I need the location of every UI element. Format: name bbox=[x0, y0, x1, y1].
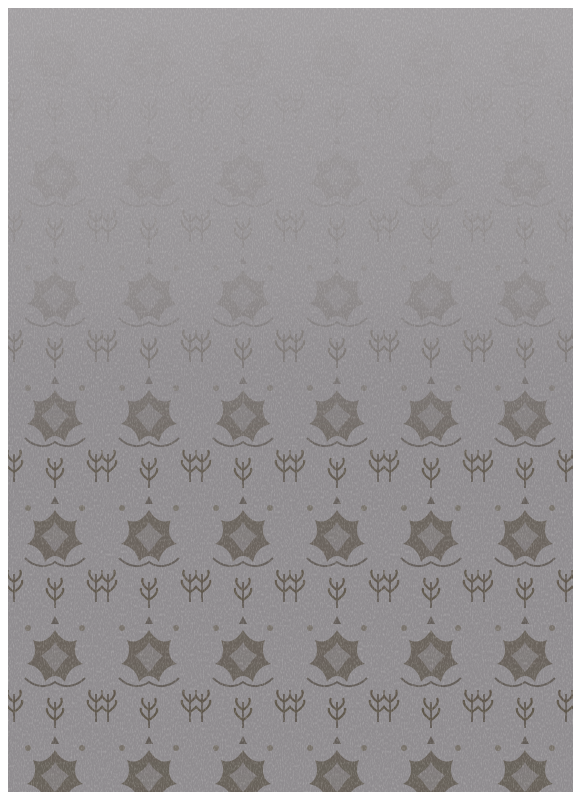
rug-image bbox=[8, 8, 573, 792]
rug-pattern bbox=[8, 8, 573, 792]
